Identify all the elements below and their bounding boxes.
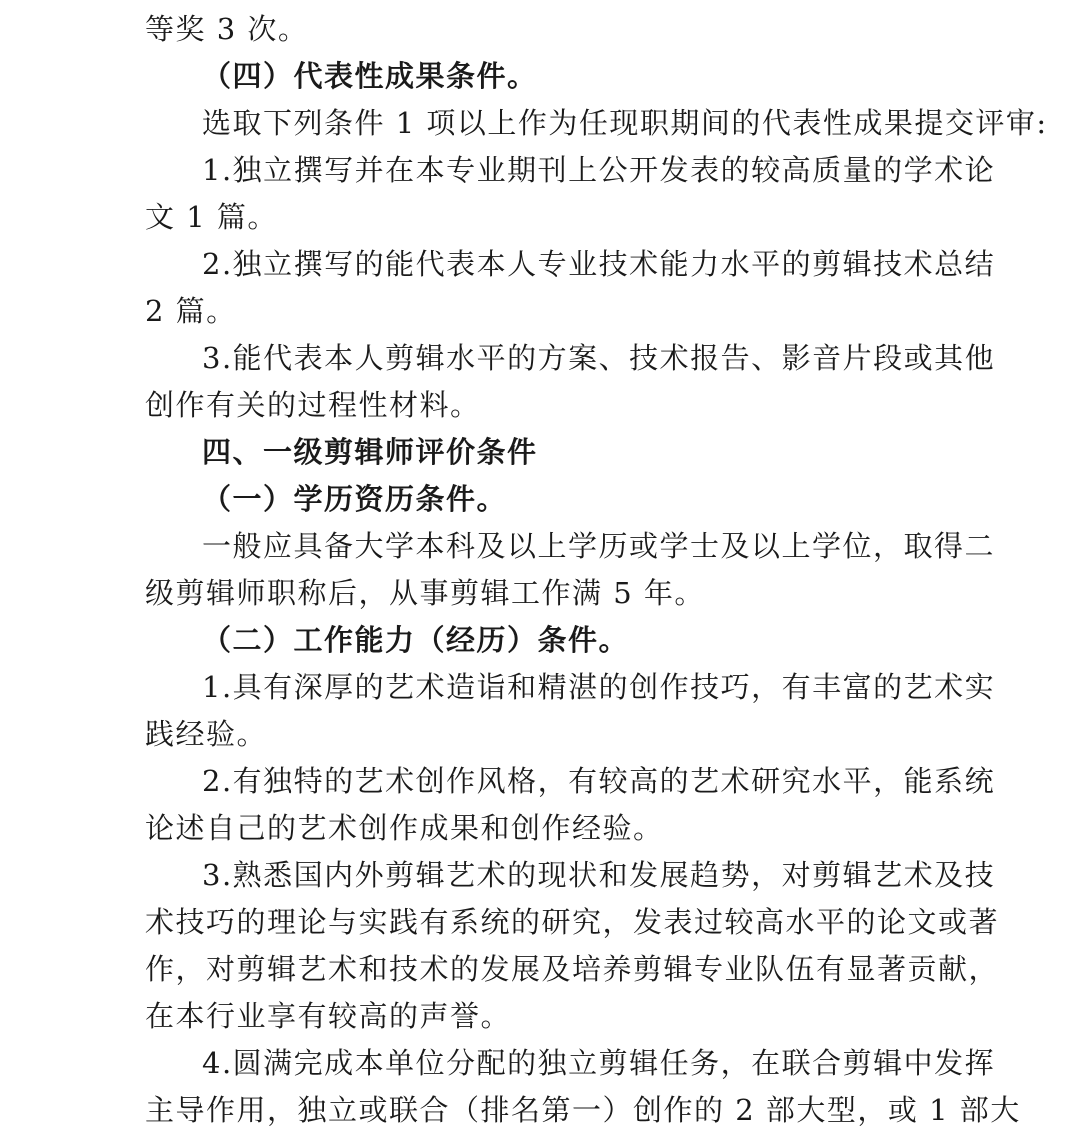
paragraph-line: 等奖 3 次。 — [145, 6, 308, 53]
paragraph-line: 践经验。 — [145, 711, 267, 758]
paragraph-line: 2.有独特的艺术创作风格，有较高的艺术研究水平，能系统 — [145, 758, 945, 805]
paragraph-line: 1.独立撰写并在本专业期刊上公开发表的较高质量的学术论 — [145, 147, 945, 194]
paragraph-line: 3.能代表本人剪辑水平的方案、技术报告、影音片段或其他 — [145, 335, 945, 382]
subsection-heading: （二）工作能力（经历）条件。 — [145, 617, 629, 664]
paragraph-line: 术技巧的理论与实践有系统的研究，发表过较高水平的论文或著 — [145, 899, 945, 946]
paragraph-line: 4.圆满完成本单位分配的独立剪辑任务，在联合剪辑中发挥 — [145, 1040, 945, 1087]
paragraph-line: 作，对剪辑艺术和技术的发展及培养剪辑专业队伍有显著贡献， — [145, 946, 945, 993]
paragraph-line: 文 1 篇。 — [145, 194, 278, 241]
paragraph-line: 选取下列条件 1 项以上作为任现职期间的代表性成果提交评审: — [145, 100, 945, 147]
paragraph-line: 主导作用，独立或联合（排名第一）创作的 2 部大型，或 1 部大 — [145, 1087, 945, 1134]
subsection-heading: （一）学历资历条件。 — [145, 476, 507, 523]
paragraph-line: 2.独立撰写的能代表本人专业技术能力水平的剪辑技术总结 — [145, 241, 945, 288]
paragraph-line: 2 篇。 — [145, 288, 237, 335]
paragraph-line: 1.具有深厚的艺术造诣和精湛的创作技巧，有丰富的艺术实 — [145, 664, 945, 711]
paragraph-line: 论述自己的艺术创作成果和创作经验。 — [145, 805, 664, 852]
paragraph-line: 3.熟悉国内外剪辑艺术的现状和发展趋势，对剪辑艺术及技 — [145, 852, 945, 899]
paragraph-line: 在本行业享有较高的声誉。 — [145, 993, 511, 1040]
section-title: 四、一级剪辑师评价条件 — [145, 429, 538, 476]
paragraph-line: 一般应具备大学本科及以上学历或学士及以上学位，取得二 — [145, 523, 945, 570]
paragraph-line: 创作有关的过程性材料。 — [145, 382, 481, 429]
paragraph-line: 级剪辑师职称后，从事剪辑工作满 5 年。 — [145, 570, 705, 617]
subsection-heading: （四）代表性成果条件。 — [145, 53, 538, 100]
